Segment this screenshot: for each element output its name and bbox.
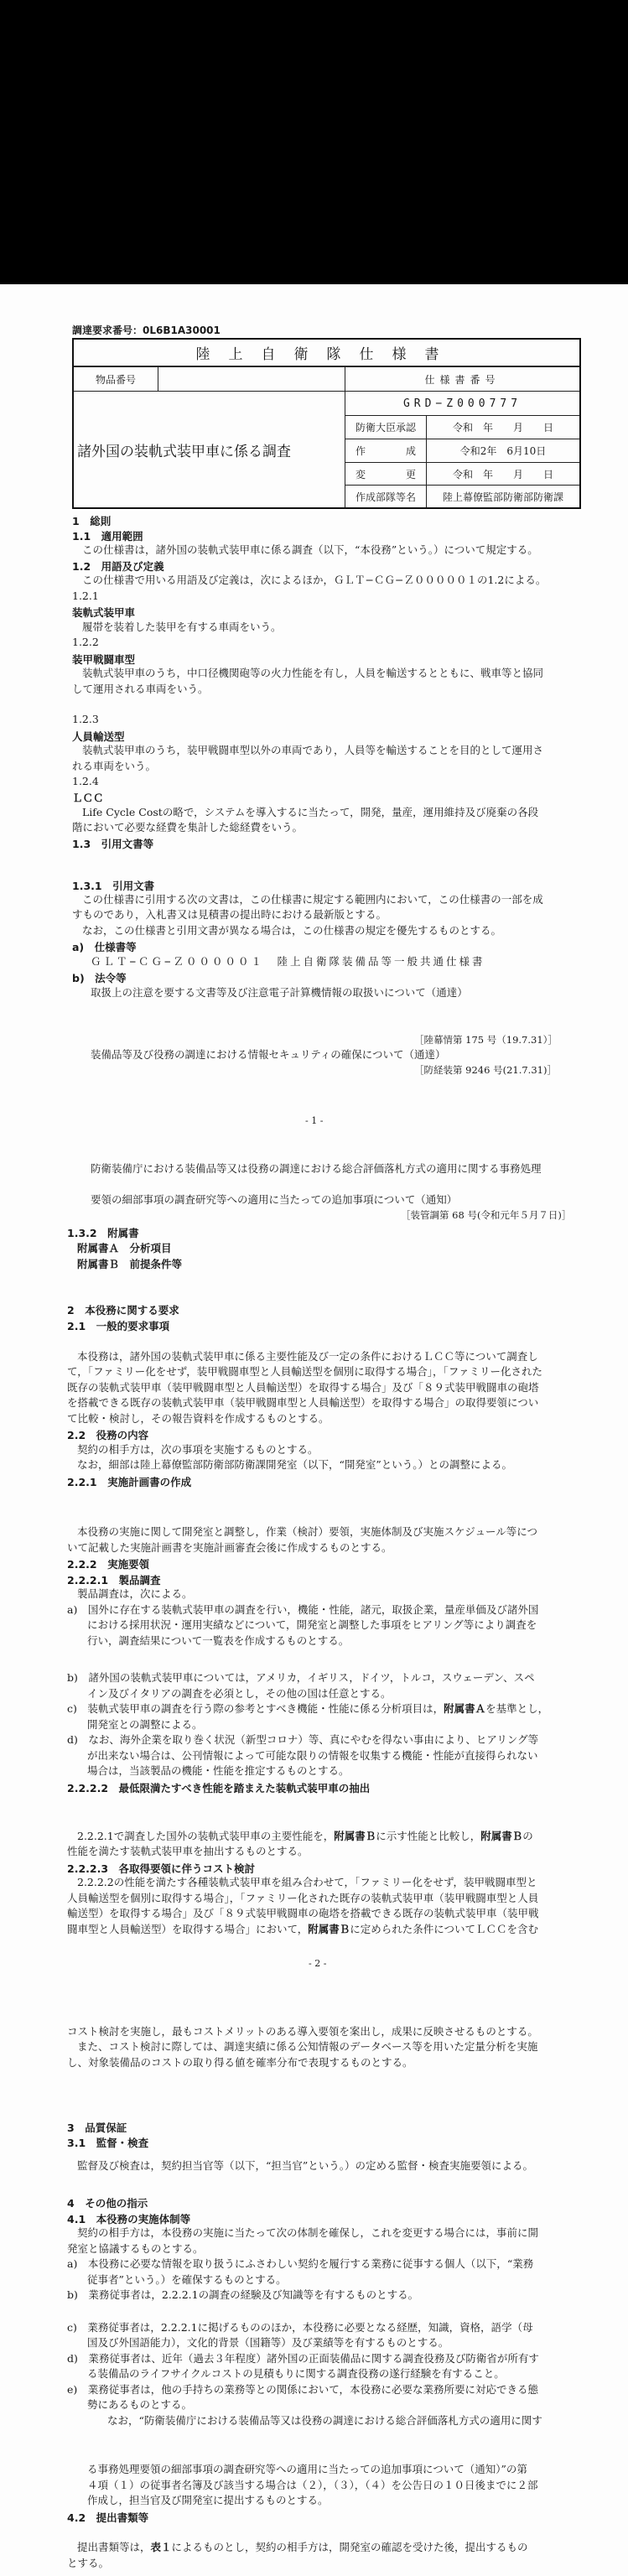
heading-1: 1 総則 (72, 513, 111, 528)
definition: Life Cycle Costの略で，システムを導入するに当たって，開発，量産，… (82, 806, 538, 819)
spec-title: 陸上自衛隊仕様書 (74, 340, 579, 366)
paragraph: また、コスト検討に際しては、調達実績に係る公知情報のデータベース等を用いた定量分… (77, 2040, 537, 2054)
paragraph: なお，細部は陸上幕僚監部防衛部防衛課開発室（以下，“開発室”という。）との調整に… (77, 1458, 512, 1472)
list-item-cont: 開発室との調整による。 (87, 1718, 203, 1732)
paragraph: 契約の相手方は，次の事項を実施するものとする。 (77, 1443, 319, 1457)
spec-number-value: GRD−Z000777 (345, 392, 579, 415)
paragraph: この仕様書は，諸外国の装軌式装甲車に係る調査（以下，“本役務”という。）について… (82, 543, 538, 557)
approval-label: 防衛大臣承認 (345, 416, 426, 439)
heading-2-2-2: 2.2.2 実施要領 (67, 1556, 149, 1571)
paragraph: て比較・検討し，その報告資料を作成するものとする。 (67, 1412, 330, 1426)
heading-2-2-1: 2.2.1 実施計画書の作成 (67, 1474, 191, 1489)
paragraph: 製品調査は，次による。 (77, 1587, 193, 1601)
list-item-d: d) なお、海外企業を取り巻く状況（新型コロナ）等、真にやむを得ない事由により、… (67, 1733, 538, 1747)
list-item-d: d) 業務従事者は、近年（過去３年程度）諸外国の正面装備品に関する調査役務及び防… (67, 2352, 539, 2366)
paragraph: 2.2.2.1で調査した国外の装軌式装甲車の主要性能を，附属書Ｂに示す性能と比較… (77, 1830, 533, 1843)
heading-1-3-2: 1.3.2 附属書 (67, 1225, 139, 1240)
paragraph: この仕様書で用いる用語及び定義は，次によるほか，ＧＬＴ−ＣＧ−Ｚ０００００１の1… (82, 574, 546, 587)
list-item-cont: る装備品のライフサイクルコストの見積もりに関する調査役務の遂行経験を有すること。 (87, 2367, 505, 2381)
heading-3: 3 品質保証 (67, 2120, 127, 2135)
referenced-law-number: ［防経装第 9246 号(21.7.31)］ (414, 1063, 557, 1077)
paragraph: コスト検討を実施し，最もコストメリットのある導入要領を案出し，成果に反映させるも… (67, 2025, 538, 2038)
author-unit-label: 作成部隊等名 (345, 486, 426, 507)
list-item-c: c) 業務従事者は，2.2.2.1に掲げるもののほか，本役務に必要となる経歴，知… (67, 2321, 533, 2334)
item-number-label: 物品番号 (74, 367, 158, 391)
term: 装甲戦闘車型 (72, 652, 135, 667)
list-item-cont: 国及び外国語能力），文化的背景（国籍等）及び業績等を有するものとする。 (87, 2336, 449, 2350)
referenced-law: 要領の細部事項の調査研究等への適用に当たっての追加事項について（通知） (91, 1193, 457, 1207)
paragraph: 契約の相手方は，本役務の実施に当たって次の体制を確保し，これを変更する場合には，… (77, 2226, 538, 2240)
referenced-law: 防衛装備庁における装備品等又は役務の調達における総合評価落札方式の適用に関する事… (91, 1162, 542, 1176)
heading-2-2: 2.2 役務の内容 (67, 1427, 148, 1442)
list-item-cont: 行い，調査結果について一覧表を作成するものとする。 (87, 1634, 349, 1648)
heading-4-2: 4.2 提出書類等 (67, 2510, 148, 2525)
heading-3-1: 3.1 監督・検査 (67, 2135, 148, 2150)
paragraph: 闘車型と人員輸送型）を取得する場合」において，附属書Ｂに定められた条件についてＬ… (67, 1923, 538, 1936)
created-date: 令和2年 6月10日 (427, 439, 579, 462)
text: 提出書類等は， (77, 2541, 151, 2553)
list-item-e: e) 業務従事者は，他の手持ちの業務等との関係において，本役務に必要な業務所要に… (67, 2383, 538, 2397)
changed-date: 令和 年 月 日 (427, 463, 579, 485)
spec-number-label: 仕様書番号 (345, 367, 579, 391)
author-unit-value: 陸上幕僚監部防衛部防衛課 (427, 486, 579, 507)
annex-b: 附属書Ｂ 前提条件等 (77, 1256, 182, 1271)
paragraph: この仕様書に引用する次の文書は，この仕様書に規定する範囲内において，この仕様書の… (82, 893, 543, 906)
paragraph: 提出書類等は，表１によるものとし，契約の相手方は，開発室の確認を受けた後，提出す… (77, 2541, 528, 2554)
definition: 装軌式装甲車のうち，中口径機関砲等の火力性能を有し，人員を輸送するとともに、戦車… (82, 667, 543, 680)
paragraph: 人員輸送型を個別に取得する場合」，「ファミリー化された既存の装軌式装甲車（装甲戦… (67, 1892, 538, 1905)
list-item-cont: 勢にあるものとする。 (87, 2398, 192, 2412)
heading-4-1: 4.1 本役務の実施体制等 (67, 2211, 190, 2226)
definition: して運用される車両をいう。 (72, 683, 209, 696)
annex-b-reference: 附属書Ｂ (308, 1923, 350, 1935)
page-number: - 2 - (309, 1958, 326, 1969)
procurement-number: 調達要求番号：0L6B1A30001 (72, 323, 221, 337)
definition: 履帯を装着した装甲を有する車両をいう。 (82, 621, 282, 634)
list-item-c: c) 装軌式装甲車の調査を行う際の参考とすべき機能・性能に係る分析項目は，附属書… (67, 1702, 548, 1716)
paragraph: 2.2.2.2の性能を満たす各種装軌式装甲車を組み合わせて，「ファミリー化をせず… (77, 1876, 537, 1889)
list-item-b: b) 諸外国の装軌式装甲車については，アメリカ，イギリス，ドイツ，トルコ，スウェ… (67, 1671, 535, 1685)
text: 2.2.2.1で調査した国外の装軌式装甲車の主要性能を， (77, 1830, 334, 1842)
paragraph: すものであり，入札書又は見積書の提出時における最新版とする。 (72, 908, 387, 922)
paragraph: て，「ファミリー化をせず，装甲戦闘車型と人員輸送型を個別に取得する場合」，「ファ… (67, 1365, 542, 1379)
heading-4: 4 その他の指示 (67, 2195, 148, 2210)
text: 闘車型と人員輸送型）を取得する場合」において， (67, 1923, 308, 1935)
paragraph: なお，この仕様書と引用文書が異なる場合は，この仕様書の規定を優先するものとする。 (82, 924, 501, 937)
list-item-cont: なお，“防衛装備庁における装備品等又は役務の調達における総合評価落札方式の適用に… (107, 2414, 542, 2428)
term-number: 1.2.3 (72, 713, 99, 726)
term-number: 1.2.2 (72, 636, 99, 649)
list-item-b: b) 法令等 (72, 970, 127, 985)
heading-1-3: 1.3 引用文書等 (72, 836, 153, 851)
black-header-area (0, 0, 628, 284)
paragraph: とする。 (67, 2557, 109, 2570)
heading-2-2-2-1: 2.2.2.1 製品調査 (67, 1572, 161, 1587)
paragraph: 輸送型）を取得する場合」及び「８９式装甲戦闘車の砲塔を搭載できる既存の装軌式装甲… (67, 1907, 539, 1920)
list-item-a: a) 仕様書等 (72, 939, 137, 954)
definition: れる車両をいう。 (72, 760, 156, 773)
term: 人員輸送型 (72, 729, 125, 744)
heading-2-2-2-3: 2.2.2.3 各取得要領に伴うコスト検討 (67, 1861, 255, 1876)
paragraph: 既存の装軌式装甲車（装甲戦闘車型と人員輸送型）を取得する場合」及び「８９式装甲戦… (67, 1381, 539, 1394)
heading-2: 2 本役務に関する要求 (67, 1302, 179, 1317)
referenced-law: 取扱上の注意を要する文書等及び注意電子計算機情報の取扱いについて（通達） (91, 986, 468, 1000)
page-number: - 1 - (305, 1115, 323, 1126)
spec-header-table: 陸上自衛隊仕様書 物品番号 仕様書番号 諸外国の装軌式装甲車に係る調査 GRD−… (72, 338, 581, 509)
list-item-a: a) 本役務に必要な情報を取り扱うにふさわしい契約を履行する業務に従事する個人（… (67, 2257, 533, 2271)
definition: 装軌式装甲車のうち，装甲戦闘車型以外の車両であり，人員等を輸送することを目的とし… (82, 744, 543, 757)
list-item-cont: 場合は，当該製品の機能・性能を推定するものとする。 (87, 1764, 350, 1778)
heading-2-1: 2.1 一般的要求事項 (67, 1318, 169, 1333)
list-item-cont: る事務処理要領の細部事項の調査研究等への適用に当たっての追加事項について（通知）… (87, 2463, 527, 2476)
referenced-law: 装備品等及び役務の調達における情報セキュリティの確保について（通達） (91, 1048, 446, 1062)
paragraph: 発室と協議するものとする。 (67, 2242, 204, 2256)
list-item-cont: における採用状況・運用実績などについて，開発室と調整した事項をヒアリング等により… (87, 1618, 537, 1632)
text: によるものとし，契約の相手方は，開発室の確認を受けた後，提出するもの (172, 2541, 528, 2553)
text: に示す性能と比較し， (376, 1830, 480, 1842)
referenced-law-number: ［装管調第 68 号(令和元年５月７日)］ (401, 1208, 571, 1222)
annex-b-reference: 附属書Ｂ (334, 1830, 376, 1842)
referenced-law-number: ［陸幕情第 175 号（19.7.31）］ (414, 1033, 558, 1046)
text: c) 装軌式装甲車の調査を行う際の参考とすべき機能・性能に係る分析項目は， (67, 1702, 444, 1715)
list-item-cont: 従事者”という。）を確保するものとする。 (87, 2273, 287, 2287)
list-item-cont: 作成し，担当官及び開発室に提出するものとする。 (87, 2494, 329, 2507)
text: を基準とし， (485, 1702, 548, 1715)
list-item-b: b) 業務従事者は，2.2.2.1の調査の経験及び知識等を有するものとする。 (67, 2288, 418, 2302)
paragraph: 監督及び検査は，契約担当官等（以下，“担当官”という。）の定める監督・検査実施要… (77, 2159, 533, 2173)
list-item-cont: イン及びイタリアの調査を必須とし，その他の国は任意とする。 (87, 1687, 392, 1701)
definition: 階において必要な経費を集計した総経費をいう。 (72, 821, 303, 834)
spec-subject: 諸外国の装軌式装甲車に係る調査 (74, 392, 345, 507)
approval-date: 令和 年 月 日 (427, 416, 579, 439)
term: 装軌式装甲車 (72, 605, 135, 620)
list-item-cont: が出来ない場合は、公刊情報によって可能な限りの情報を収集する機能・性能が直接得ら… (87, 1749, 538, 1763)
referenced-spec: ＧＬＴ−ＣＧ−Ｚ０００００１ 陸上自衛隊装備品等一般共通仕様書 (91, 955, 485, 969)
changed-label: 変 更 (345, 463, 426, 485)
paragraph: 性能を満たす装軌式装甲車を抽出するものとする。 (67, 1845, 309, 1858)
item-number-value (158, 367, 345, 391)
table-1-reference: 表１ (151, 2541, 172, 2553)
paragraph: いて記載した実施計画書を実施計画審査会後に作成するものとする。 (67, 1541, 392, 1555)
text: に定められた条件についてＬＣＣを含む (350, 1923, 538, 1935)
list-item-a: a) 国外に存在する装軌式装甲車の調査を行い，機能・性能，諸元，取扱企業，量産単… (67, 1603, 538, 1617)
paragraph: 本役務は，諸外国の装軌式装甲車に係る主要性能及び一定の条件におけるＬＣＣ等につい… (77, 1350, 538, 1363)
term-number: 1.2.4 (72, 775, 99, 788)
created-label: 作 成 (345, 439, 426, 462)
term-number: 1.2.1 (72, 589, 99, 603)
paragraph: し、対象装備品のコストの取り得る値を確率分布で表現するものとする。 (67, 2056, 413, 2070)
list-item-cont: ４項（１）の従事者名簿及び該当する場合は（２），（３），（４）を公告日の１０日後… (87, 2479, 538, 2492)
heading-1-1: 1.1 適用範囲 (72, 528, 143, 543)
annex-a-reference: 附属書Ａ (444, 1702, 485, 1715)
annex-a: 附属書Ａ 分析項目 (77, 1240, 172, 1255)
term: ＬＣＣ (72, 790, 104, 805)
text: の (522, 1830, 533, 1842)
paragraph: を搭載できる既存の装軌式装甲車（装甲戦闘車型と人員輸送型）を取得する場合」の取得… (67, 1396, 538, 1410)
heading-1-2: 1.2 用語及び定義 (72, 558, 164, 574)
heading-1-3-1: 1.3.1 引用文書 (72, 878, 154, 893)
paragraph: 本役務の実施に関して開発室と調整し，作業（検討）要領，実施体制及び実施スケジュー… (77, 1525, 537, 1539)
annex-b-reference: 附属書Ｂ (480, 1830, 522, 1842)
heading-2-2-2-2: 2.2.2.2 最低限満たすべき性能を踏まえた装軌式装甲車の抽出 (67, 1780, 370, 1795)
